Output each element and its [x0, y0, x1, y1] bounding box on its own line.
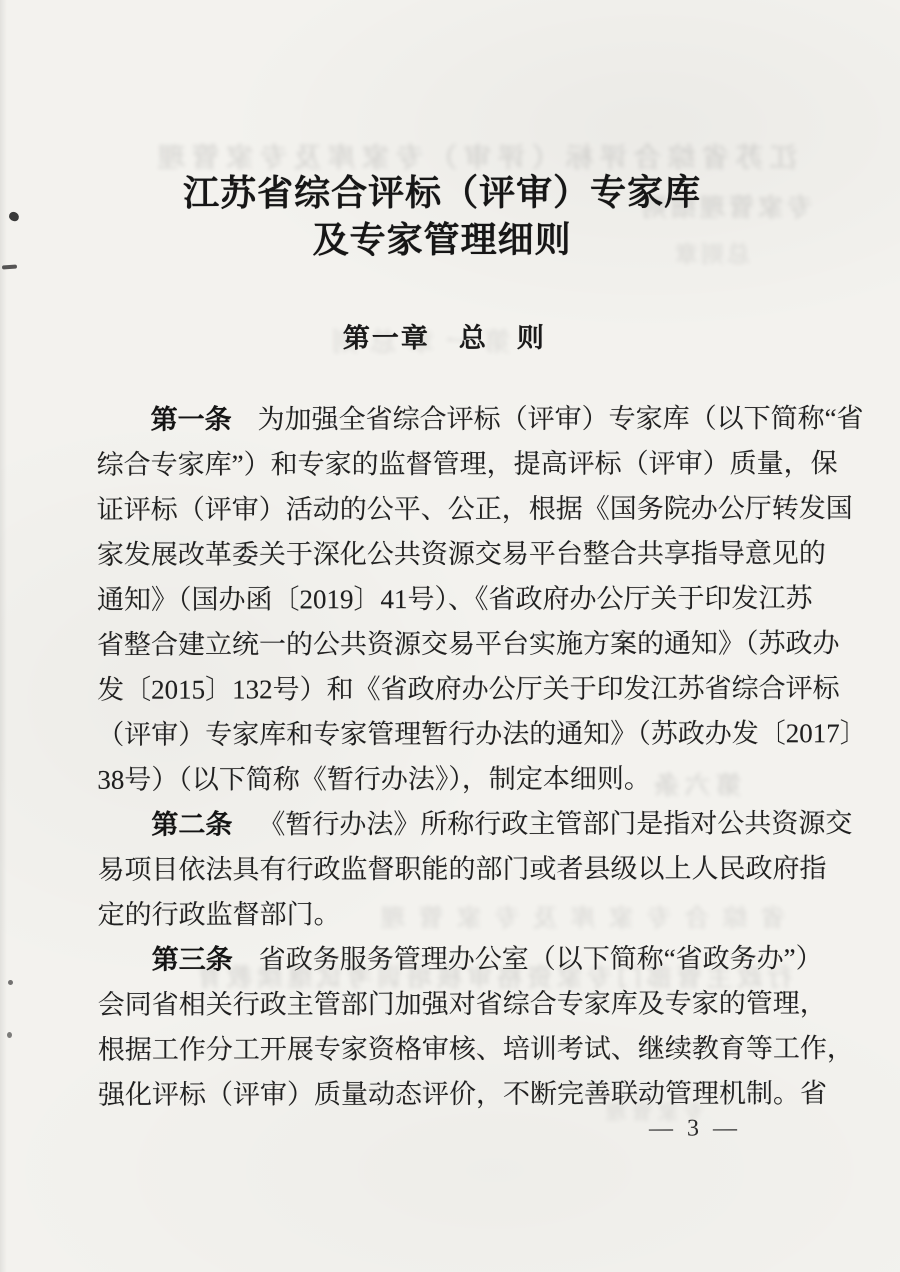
article-number: 第二条 — [151, 809, 232, 839]
document-title-line2: 及专家管理细则 — [0, 216, 885, 265]
article-number: 第三条 — [152, 944, 233, 974]
body-line-text: （评审）专家库和专家管理暂行办法的通知》（苏政办发〔2017〕 — [97, 718, 867, 750]
body-line-text: 证评标（评审）活动的公平、公正，根据《国务院办公厅转发国 — [97, 493, 853, 525]
scanned-document-page: 江苏省综合评标（评审）专家库及专家管理 专家管理细则 总则章 第一章总则 第六条… — [0, 0, 900, 1272]
body-line: 发〔2015〕132号）和《省政府办公厅关于印发江苏省综合评标 — [97, 666, 797, 712]
body-line-text: 定的行政监督部门。 — [98, 899, 341, 930]
body-line: 第一条为加强全省综合评标（评审）专家库（以下简称“省 — [97, 396, 797, 442]
body-line: 根据工作分工开展专家资格审核、培训考试、继续教育等工作， — [98, 1026, 798, 1072]
body-line: 38号）（以下简称《暂行办法》），制定本细则。 — [97, 756, 797, 802]
body-line: 强化评标（评审）质量动态评价，不断完善联动管理机制。省 — [98, 1071, 798, 1117]
body-line-text: 为加强全省综合评标（评审）专家库（以下简称“省 — [258, 403, 864, 434]
body-line-text: 综合专家库”）和专家的监督管理，提高评标（评审）质量，保 — [97, 448, 838, 480]
page-number: — 3 — — [649, 1115, 741, 1142]
body-line: 省整合建立统一的公共资源交易平台实施方案的通知》（苏政办 — [97, 621, 797, 667]
body-line: 第二条《暂行办法》所称行政主管部门是指对公共资源交 — [97, 801, 797, 847]
body-line-text: 通知》（国办函〔2019〕41号）、《省政府办公厅关于印发江苏 — [97, 583, 813, 614]
body-line: 证评标（评审）活动的公平、公正，根据《国务院办公厅转发国 — [97, 486, 797, 532]
body-line: 会同省相关行政主管部门加强对省综合专家库及专家的管理， — [98, 981, 798, 1027]
body-line-text: 38号）（以下简称《暂行办法》），制定本细则。 — [97, 764, 651, 795]
body-line-text: 强化评标（评审）质量动态评价，不断完善联动管理机制。省 — [98, 1078, 827, 1110]
article-number: 第一条 — [151, 404, 232, 434]
body-line: 第三条省政务服务管理办公室（以下简称“省政务办”） — [98, 936, 798, 982]
body-line-text: 《暂行办法》所称行政主管部门是指对公共资源交 — [258, 808, 852, 839]
body-line: 通知》（国办函〔2019〕41号）、《省政府办公厅关于印发江苏 — [97, 576, 797, 622]
chapter-heading: 第一章 总 则 — [0, 315, 889, 356]
body-line-text: 根据工作分工开展专家资格审核、培训考试、继续教育等工作， — [98, 1033, 854, 1065]
body-line-text: 发〔2015〕132号）和《省政府办公厅关于印发江苏省综合评标 — [97, 673, 840, 705]
body-line-text: 家发展改革委关于深化公共资源交易平台整合共享指导意见的 — [97, 538, 826, 570]
document-title-line1: 江苏省综合评标（评审）专家库 — [0, 169, 885, 218]
body-line-text: 省整合建立统一的公共资源交易平台实施方案的通知》（苏政办 — [97, 628, 840, 660]
body-line: 综合专家库”）和专家的监督管理，提高评标（评审）质量，保 — [97, 441, 797, 487]
document-title: 江苏省综合评标（评审）专家库 及专家管理细则 — [0, 169, 885, 265]
body-line: 定的行政监督部门。 — [98, 891, 798, 937]
body-line-text: 省政务服务管理办公室（以下简称“省政务办”） — [259, 943, 823, 974]
body-line-text: 易项目依法具有行政监督职能的部门或者县级以上人民政府指 — [97, 853, 826, 885]
body-line-text: 会同省相关行政主管部门加强对省综合专家库及专家的管理， — [98, 988, 827, 1020]
body-line: （评审）专家库和专家管理暂行办法的通知》（苏政办发〔2017〕 — [97, 711, 797, 757]
document-content: 江苏省综合评标（评审）专家库 及专家管理细则 第一章 总 则 第一条为加强全省综… — [0, 0, 900, 1272]
body-line: 家发展改革委关于深化公共资源交易平台整合共享指导意见的 — [97, 531, 797, 577]
document-body: 第一条为加强全省综合评标（评审）专家库（以下简称“省 综合专家库”）和专家的监督… — [97, 396, 799, 1117]
body-line: 易项目依法具有行政监督职能的部门或者县级以上人民政府指 — [97, 846, 797, 892]
